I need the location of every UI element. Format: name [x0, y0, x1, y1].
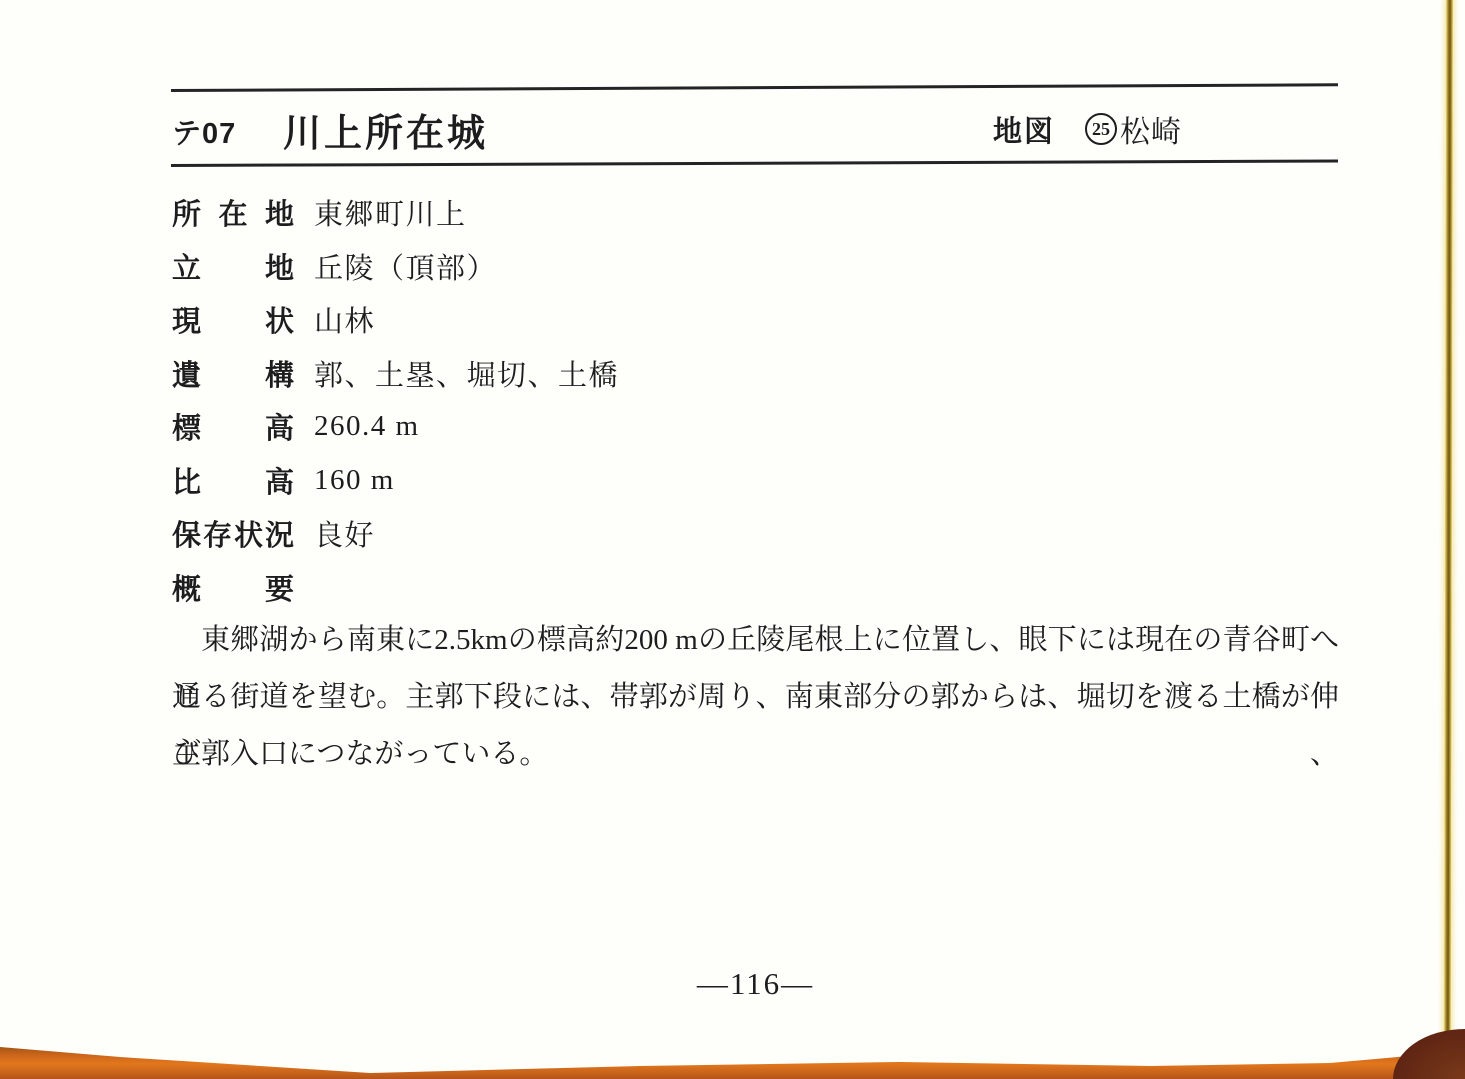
- field-label: 立地: [172, 246, 294, 287]
- summary-line: じる街道を望む。主郭下段には、帯郭が周り、南東部分の郭からは、堀切を渡る土橋が伸…: [172, 669, 1339, 726]
- field-label: 比高: [172, 460, 294, 501]
- field-value: 260.4 m: [314, 410, 420, 443]
- circled-number-icon: 25: [1085, 113, 1117, 145]
- field-value: 160 m: [314, 464, 395, 497]
- field-value: 良好: [314, 513, 375, 554]
- map-name: 松崎: [1120, 107, 1182, 151]
- book-cover-corner: [1393, 1029, 1465, 1079]
- scanned-book-page: テ07 川上所在城 地図 25 松崎 所在地東郷町川上立地丘陵（頂部）現状山林遺…: [0, 0, 1465, 1079]
- field-row: 遺構郭、土塁、堀切、土橋: [172, 347, 619, 401]
- field-label: 標高: [172, 406, 294, 447]
- map-reference: 地図 25 松崎: [993, 107, 1182, 151]
- entry-id: テ07: [172, 111, 236, 152]
- header-rule-top: [171, 83, 1338, 92]
- field-value: 山林: [314, 299, 375, 340]
- field-row: 所在地東郷町川上: [172, 186, 619, 240]
- header-rule-bottom: [171, 160, 1338, 167]
- field-value: 郭、土塁、堀切、土橋: [314, 353, 619, 394]
- field-value: 丘陵（頂部）: [314, 246, 497, 287]
- page-number: —116—: [172, 966, 1339, 1002]
- map-number: 25: [1092, 119, 1110, 140]
- field-row: 立地丘陵（頂部）: [172, 240, 619, 294]
- summary-line: 東郷湖から南東に2.5kmの標高約200 mの丘陵尾根上に位置し、眼下には現在の…: [172, 612, 1339, 669]
- field-row: 現状山林: [172, 293, 619, 347]
- field-value: 東郷町川上: [314, 192, 467, 233]
- book-page-gold-edge: [1444, 0, 1453, 1042]
- field-label: 現状: [172, 299, 294, 340]
- field-row: 標高260.4 m: [172, 400, 619, 454]
- field-label: 所在地: [172, 192, 294, 233]
- map-label: 地図: [993, 109, 1055, 150]
- field-label: 概要: [172, 567, 294, 608]
- field-label: 遺構: [172, 353, 294, 394]
- fields-table: 所在地東郷町川上立地丘陵（頂部）現状山林遺構郭、土塁、堀切、土橋標高260.4 …: [172, 186, 619, 614]
- summary-paragraph: 東郷湖から南東に2.5kmの標高約200 mの丘陵尾根上に位置し、眼下には現在の…: [172, 612, 1339, 783]
- field-row: 保存状況良好: [172, 507, 619, 561]
- field-label: 保存状況: [172, 513, 294, 554]
- field-row: 概要: [172, 561, 619, 615]
- book-cover-bottom-edge: [0, 1039, 1465, 1079]
- field-row: 比高160 m: [172, 454, 619, 508]
- page-title: 川上所在城: [283, 102, 488, 157]
